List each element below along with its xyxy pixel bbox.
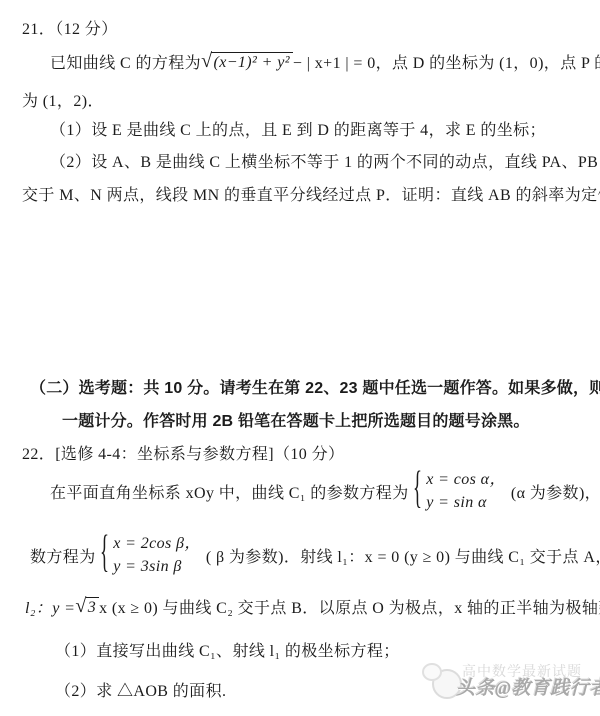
system-brace: { [413,466,423,517]
q22-para2-post: ( β 为参数)．射线 l₁：x = 0 (y ≥ 0) 与曲线 C₁ 交于点 … [206,544,600,567]
section-note-line1: （二）选考题：共 10 分。请考生在第 22、23 题中任选一题作答。如果多做，… [30,375,600,398]
q21-item1: （1）设 E 是曲线 C 上的点，且 E 到 D 的距离等于 4，求 E 的坐标… [50,117,546,140]
parametric-system-c2: { x = 2cos β， y = 3sin β [101,532,201,578]
system-c2-row1: x = 2cos β， [113,532,201,555]
q21-number: 21．（12 分） [22,16,118,39]
watermark-front-text: 头条@教育践行者 [456,673,600,700]
watermark: 高中数学最新试题 头条@教育践行者 [420,653,598,711]
q22-para1-pre: 在平面直角坐标系 xOy 中，曲线 C₁ 的参数方程为 [50,480,409,503]
parametric-system-c1: { x = cos α， y = sin α [414,468,506,514]
q22-para3-line: l₂：y = √ 3 x (x ≥ 0) 与曲线 C₂ 交于点 B．以原点 O … [25,595,600,618]
q21-intro-post: − | x+1 | = 0，点 D 的坐标为 (1，0)，点 P 的坐标 [293,50,600,73]
q22-para2-line: 数方程为 { x = 2cos β， y = 3sin β ( β 为参数)．射… [30,532,600,578]
q21-intro-pre: 已知曲线 C 的方程为 [50,50,201,73]
system-rows-c2: x = 2cos β， y = 3sin β [113,532,201,578]
q22-item1: （1）直接写出曲线 C₁、射线 l₁ 的极坐标方程； [55,638,400,661]
q21-intro-wrap: 为 (1，2)． [22,88,104,111]
exam-page: 21．（12 分） 已知曲线 C 的方程为 √ (x−1)² + y² − | … [0,0,600,716]
logo-circle-icon [422,663,442,681]
q22-para3-post: x (x ≥ 0) 与曲线 C₂ 交于点 B．以原点 O 为极点，x 轴的正半轴… [99,595,600,618]
section-note-line2: 一题计分。作答时用 2B 铅笔在答题卡上把所选题目的题号涂黑。 [62,408,530,431]
q21-intro-line: 已知曲线 C 的方程为 √ (x−1)² + y² − | x+1 | = 0，… [50,50,600,73]
system-brace: { [100,530,110,581]
q22-para1-post: (α 为参数)，曲线 C₂ 的参 [511,480,600,503]
system-c2-row2: y = 3sin β [113,555,201,578]
q22-item2: （2）求 △AOB 的面积. [55,678,226,701]
system-c1-row2: y = sin α [426,491,506,514]
q22-para3-radicand: 3 [86,597,99,617]
q21-item2-line1: （2）设 A、B 是曲线 C 上横坐标不等于 1 的两个不同的动点，直线 PA、… [50,149,600,172]
q22-para2-pre: 数方程为 [30,544,96,567]
q22-number: 22．[选修 4-4：坐标系与参数方程]（10 分） [22,441,344,464]
q22-para1-line: 在平面直角坐标系 xOy 中，曲线 C₁ 的参数方程为 { x = cos α，… [50,468,600,514]
q21-radicand: (x−1)² + y² [211,52,292,72]
system-rows-c1: x = cos α， y = sin α [426,468,506,514]
q21-item2-line2: 交于 M、N 两点，线段 MN 的垂直平分线经过点 P．证明：直线 AB 的斜率… [22,182,600,205]
q22-para3-pre: l₂：y = [25,595,75,618]
system-c1-row1: x = cos α， [426,468,506,491]
